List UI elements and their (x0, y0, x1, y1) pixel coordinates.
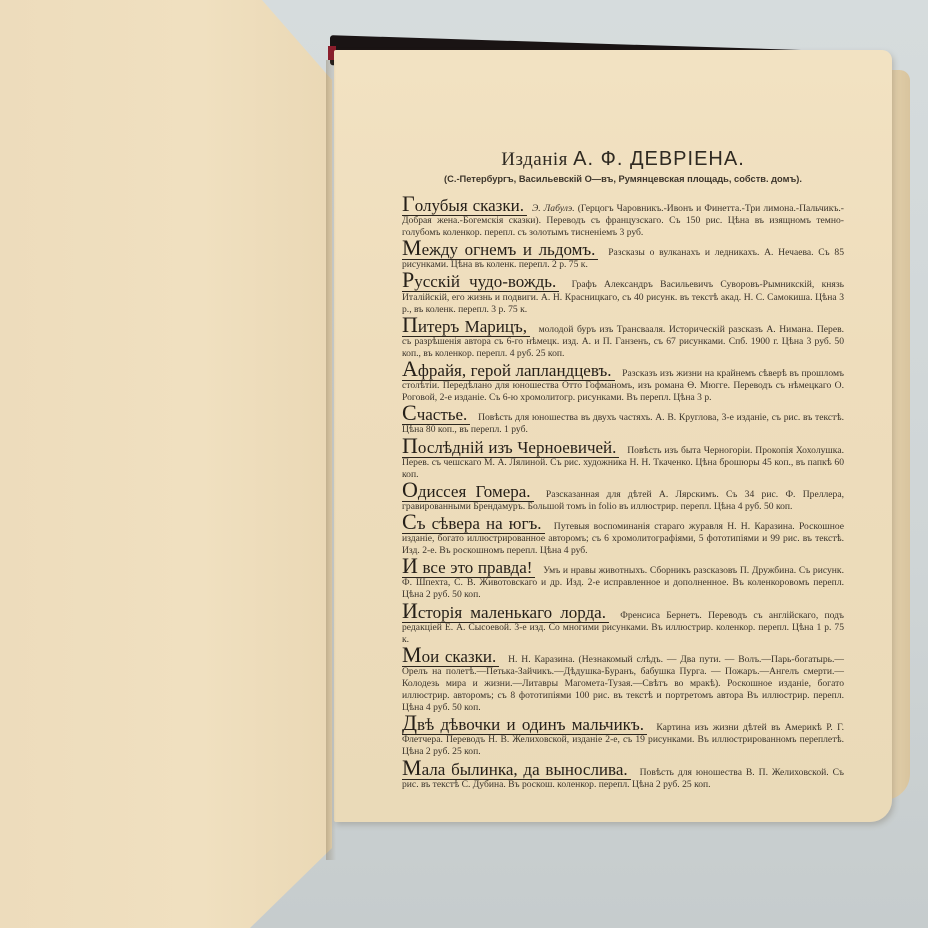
title-prefix: Изданія (501, 149, 568, 170)
title-rest: ала былинка, да вынослива. (422, 760, 628, 779)
title-rest: фрайя, герой лапландцевъ. (418, 361, 612, 380)
book-title: Русскій чудо-вождь. (402, 272, 559, 292)
title-initial: О (402, 477, 418, 502)
title-rest: сторія маленькаго лорда. (418, 603, 606, 622)
book-author: Э. Лабулэ. (532, 203, 575, 214)
publisher-address: (С.-Петербургъ, Васильевскій О—въ, Румян… (402, 174, 844, 184)
book-title: Афрайя, герой лапландцевъ. (402, 361, 615, 381)
book-entry: Мои сказки. Н. Н. Каразина. (Незнакомый … (402, 647, 844, 714)
book-title: Одиссея Гомера. (402, 482, 534, 502)
book-entry: Русскій чудо-вождь. Графъ Александръ Вас… (402, 272, 844, 315)
spine-gutter (326, 60, 336, 860)
left-page-blank (0, 0, 332, 928)
title-rest: ои сказки. (422, 647, 497, 666)
book-entry: Исторія маленькаго лорда. Френсиса Берне… (402, 603, 844, 646)
title-rest: усскій чудо-вождь. (414, 272, 556, 291)
title-initial: М (402, 235, 422, 260)
title-rest: ослѣдній изъ Черноевичей. (418, 438, 617, 457)
book-title: Двѣ дѣвочки и одинъ мальчикъ. (402, 715, 647, 735)
book-entry: Питеръ Марицъ, молодой буръ изъ Трансваа… (402, 317, 844, 360)
title-rest: вѣ дѣвочки и одинъ мальчикъ. (417, 715, 644, 734)
title-rest: ъ сѣвера на югъ. (417, 514, 542, 533)
book-entry: Счастье. Повѣсть для юношества въ двухъ … (402, 405, 844, 436)
book-entry: Двѣ дѣвочки и одинъ мальчикъ. Картина из… (402, 715, 844, 758)
book-title: Съ сѣвера на югъ. (402, 514, 545, 534)
title-initial: С (402, 400, 417, 425)
book-entry: Мала былинка, да вынослива. Повѣсть для … (402, 760, 844, 791)
book-title: Послѣдній изъ Черноевичей. (402, 438, 619, 458)
title-initial: М (402, 755, 422, 780)
book-entry: И все это правда! Умъ и нравы животныхъ.… (402, 558, 844, 601)
book-title: Исторія маленькаго лорда. (402, 603, 609, 623)
book-title: Голубыя сказки. (402, 196, 527, 216)
book-title: Питеръ Марицъ, (402, 317, 530, 337)
book-entry: Афрайя, герой лапландцевъ. Разсказъ изъ … (402, 361, 844, 404)
title-initial: П (402, 312, 418, 337)
book-entry: Между огнемъ и льдомъ. Разсказы о вулкан… (402, 240, 844, 271)
page-title: Изданія А. Ф. ДЕВРІЕНА. (402, 148, 844, 171)
book-title: Мала былинка, да вынослива. (402, 760, 631, 780)
title-rest: олубыя сказки. (415, 196, 524, 215)
publisher-name: А. Ф. ДЕВРІЕНА. (573, 148, 745, 170)
title-initial: И (402, 598, 418, 623)
title-initial: М (402, 642, 422, 667)
title-initial: Д (402, 710, 417, 735)
title-initial: А (402, 356, 418, 381)
book-title: И все это правда! (402, 558, 535, 578)
book-title: Мои сказки. (402, 647, 499, 667)
title-initial: С (402, 509, 417, 534)
book-title: Между огнемъ и льдомъ. (402, 240, 598, 260)
catalog-page: Изданія А. Ф. ДЕВРІЕНА. (С.-Петербургъ, … (402, 148, 844, 792)
title-rest: частье. (417, 405, 468, 424)
title-rest: итеръ Марицъ, (418, 317, 527, 336)
title-initial: П (402, 433, 418, 458)
title-rest: все это правда! (418, 558, 533, 577)
book-entry: Послѣдній изъ Черноевичей. Повѣсть изъ б… (402, 438, 844, 481)
book-entry: Одиссея Гомера. Разсказанная для дѣтей А… (402, 482, 844, 513)
title-rest: диссея Гомера. (418, 482, 531, 501)
book-list: Голубыя сказки.Э. Лабулэ. (Герцогъ Чаров… (402, 196, 844, 791)
title-initial: Р (402, 267, 414, 292)
title-initial: И (402, 553, 418, 578)
book-entry: Голубыя сказки.Э. Лабулэ. (Герцогъ Чаров… (402, 196, 844, 239)
title-initial: Г (402, 191, 415, 216)
book-title: Счастье. (402, 405, 470, 425)
title-rest: ежду огнемъ и льдомъ. (422, 240, 596, 259)
book-entry: Съ сѣвера на югъ. Путевыя воспоминанія с… (402, 514, 844, 557)
